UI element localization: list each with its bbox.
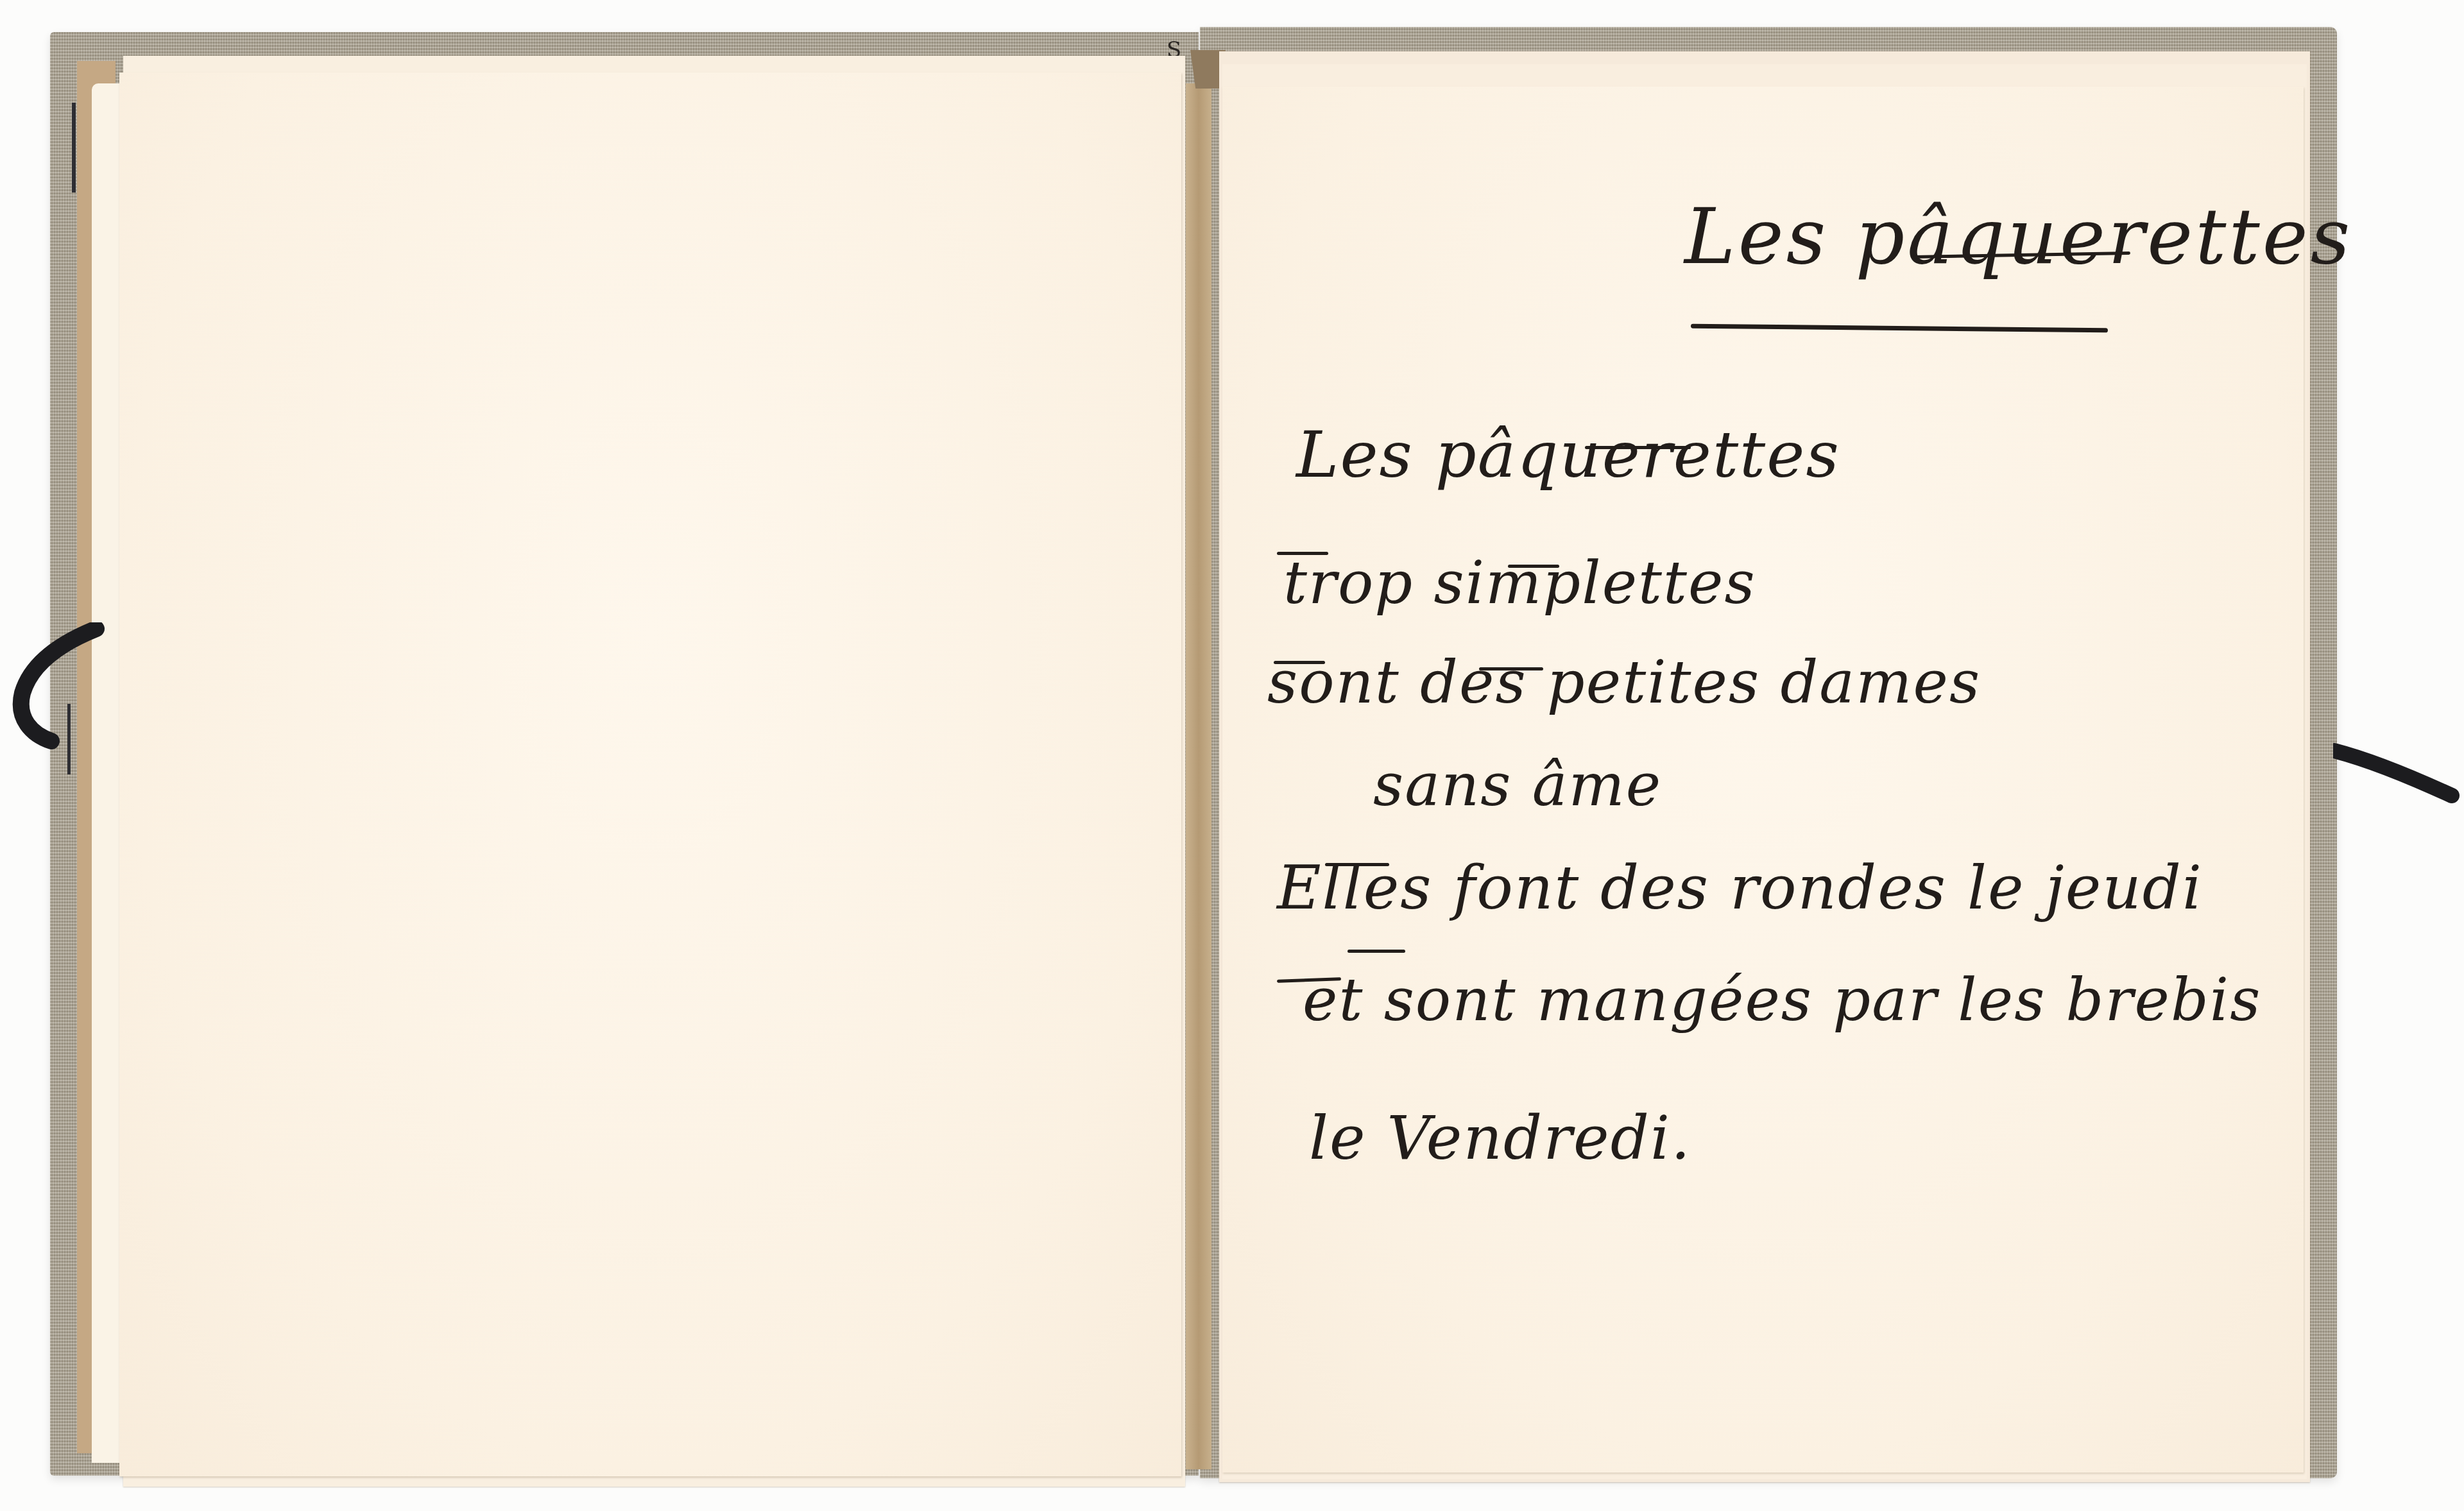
photo-scene: S Les pâquerettes Les pâquerettes trop s… — [0, 0, 2464, 1511]
t-crossbar-6b — [1347, 950, 1405, 953]
poem-line-6: et sont mangées par les brebis — [1303, 966, 2261, 1034]
t-crossbar-1 — [1585, 446, 1691, 449]
t-crossbar-3b — [1479, 667, 1543, 670]
poem-line-1: Les pâquerettes — [1296, 417, 1840, 492]
t-crossbar-5 — [1325, 863, 1389, 866]
t-crossbar-2a — [1277, 552, 1328, 555]
poem-line-4: sans âme — [1373, 751, 1662, 819]
poem-line-2: trop simplettes — [1283, 549, 1756, 617]
ribbon-tie-left-icon — [6, 622, 128, 751]
t-crossbar-2b — [1508, 565, 1559, 568]
left-page-blank — [119, 73, 1181, 1476]
poem-line-3: sont des petites dames — [1267, 648, 1981, 717]
ribbon-slot-top — [72, 103, 76, 192]
manuscript-title: Les pâquerettes — [1684, 192, 2352, 282]
t-crossbar-3a — [1274, 661, 1325, 664]
poem-line-5: Elles font des rondes le jeudi — [1277, 853, 2203, 923]
ribbon-tie-right-icon — [2333, 738, 2461, 815]
spine-gutter — [1186, 83, 1211, 1469]
poem-line-7: le Vendredi. — [1309, 1104, 1691, 1174]
